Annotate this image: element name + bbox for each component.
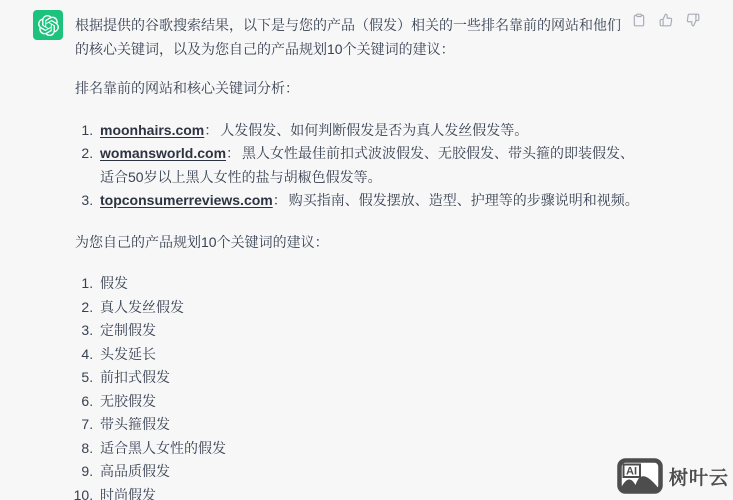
list-item: 真人发丝假发	[97, 296, 647, 320]
thumbs-down-icon	[686, 13, 700, 27]
colon-separator: ：	[226, 145, 240, 161]
keywords-heading: 为您自己的产品规划10个关键词的建议：	[75, 231, 647, 255]
list-item: 前扣式假发	[97, 366, 647, 390]
thumbs-up-button[interactable]	[659, 13, 673, 27]
list-item: womansworld.com：黑人女性最佳前扣式波波假发、无胶假发、带头箍的即…	[97, 142, 647, 189]
brand-name: 树叶云	[669, 463, 729, 490]
list-item: 带头箍假发	[97, 413, 647, 437]
assistant-message-content: 根据提供的谷歌搜索结果，以下是与您的产品（假发）相关的一些排名靠前的网站和他们的…	[75, 14, 647, 500]
list-item: moonhairs.com：人发假发、如何判断假发是否为真人发丝假发等。	[97, 119, 647, 143]
website-link[interactable]: topconsumerreviews.com	[100, 192, 273, 208]
chat-message-page: 根据提供的谷歌搜索结果，以下是与您的产品（假发）相关的一些排名靠前的网站和他们的…	[0, 0, 733, 500]
thumbs-down-button[interactable]	[686, 13, 700, 27]
list-item: topconsumerreviews.com：购买指南、假发摆放、造型、护理等的…	[97, 189, 647, 213]
colon-separator: ：	[204, 122, 218, 138]
colon-separator: ：	[273, 192, 287, 208]
list-item: 头发延长	[97, 343, 647, 367]
brand-watermark: AI 树叶云	[617, 458, 729, 494]
keyword-list: 假发 真人发丝假发 定制假发 头发延长 前扣式假发 无胶假发 带头箍假发 适合黑…	[75, 272, 647, 500]
svg-text:AI: AI	[626, 466, 637, 478]
list-item: 无胶假发	[97, 390, 647, 414]
list-item: 适合黑人女性的假发	[97, 437, 647, 461]
thumbs-up-icon	[659, 13, 673, 27]
website-link[interactable]: moonhairs.com	[100, 122, 204, 138]
list-item: 定制假发	[97, 319, 647, 343]
image-ai-icon: AI	[617, 458, 663, 494]
website-link[interactable]: womansworld.com	[100, 145, 226, 161]
sites-heading: 排名靠前的网站和核心关键词分析：	[75, 77, 647, 101]
list-item: 假发	[97, 272, 647, 296]
website-description: 人发假发、如何判断假发是否为真人发丝假发等。	[220, 122, 528, 138]
list-item: 时尚假发	[97, 484, 647, 500]
intro-paragraph: 根据提供的谷歌搜索结果，以下是与您的产品（假发）相关的一些排名靠前的网站和他们的…	[75, 14, 633, 61]
website-list: moonhairs.com：人发假发、如何判断假发是否为真人发丝假发等。 wom…	[75, 119, 647, 213]
list-item: 高品质假发	[97, 460, 647, 484]
openai-logo-icon	[38, 15, 59, 36]
assistant-avatar	[33, 10, 63, 40]
website-description: 购买指南、假发摆放、造型、护理等的步骤说明和视频。	[289, 192, 639, 208]
